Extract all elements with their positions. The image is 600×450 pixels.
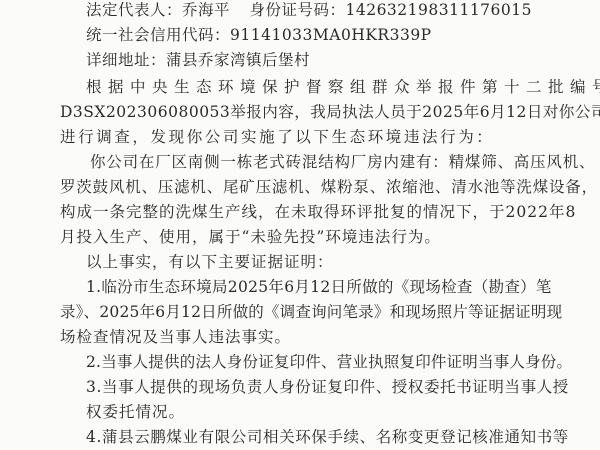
body-line: 月投入生产、使用，属于“未验先投”环境违法行为。 [60, 227, 441, 247]
evidence-item-2: 2.当事人提供的法人身份证复印件、营业执照复印件证明当事人身份。 [86, 352, 572, 372]
body-line: 你公司在厂区南侧一栋老式砖混结构厂房内建有：精煤筛、高压风机、 [90, 152, 595, 172]
body-line: 权委托情况。 [86, 402, 185, 422]
body-line: 录》、2025年6月12日所做的《调查询问笔录》和现场照片等证据证明现 [60, 302, 562, 322]
evidence-item-1: 1.临汾市生态环境局2025年6月12日所做的《现场检查（勘查）笔 [86, 277, 552, 297]
id-number: 142632198311176015 [345, 1, 532, 19]
evidence-item-4: 4.蒲县云鹏煤业有限公司相关环保手续、名称变更登记核准通知书等 [86, 427, 569, 447]
body-line: 进行调查，发现你公司实施了以下生态环境违法行为： [60, 127, 494, 147]
address-line: 详细地址：蒲县乔家湾镇后堡村 [86, 50, 310, 70]
body-line: 构成一条完整的洗煤生产线，在未取得环评批复的情况下，于2022年8 [60, 202, 576, 222]
body-line: D3SX202306080053举报内容，我局执法人员于2025年6月12日对你… [60, 102, 600, 122]
body-line: 场检查情况及当事人违法事实。 [60, 327, 291, 347]
body-line: 以上事实，有以下主要证据证明： [86, 252, 334, 272]
credit-code: 91141033MA0HKR339P [230, 26, 432, 44]
body-line: 罗茨鼓风机、压滤机、尾矿压滤机、煤粉泵、浓缩池、清水池等洗煤设备， [60, 177, 598, 197]
address: 蒲县乔家湾镇后堡村 [166, 51, 310, 69]
body-line: 根据中央生态环境保护督察组群众举报件第十二批编号 [86, 77, 600, 97]
legal-rep-name: 乔海平 [182, 1, 230, 19]
document-page: 法定代表人：乔海平 身份证号码：142632198311176015 统一社会信… [0, 0, 600, 450]
address-label: 详细地址： [86, 51, 166, 69]
credit-code-label: 统一社会信用代码： [86, 26, 230, 44]
legal-rep-label: 法定代表人： [86, 1, 182, 19]
legal-rep-line: 法定代表人：乔海平 身份证号码：142632198311176015 [86, 0, 532, 20]
credit-code-line: 统一社会信用代码：91141033MA0HKR339P [86, 25, 432, 45]
evidence-item-3: 3.当事人提供的现场负责人身份证复印件、授权委托书证明当事人授 [86, 377, 569, 397]
id-label: 身份证号码： [249, 1, 345, 19]
